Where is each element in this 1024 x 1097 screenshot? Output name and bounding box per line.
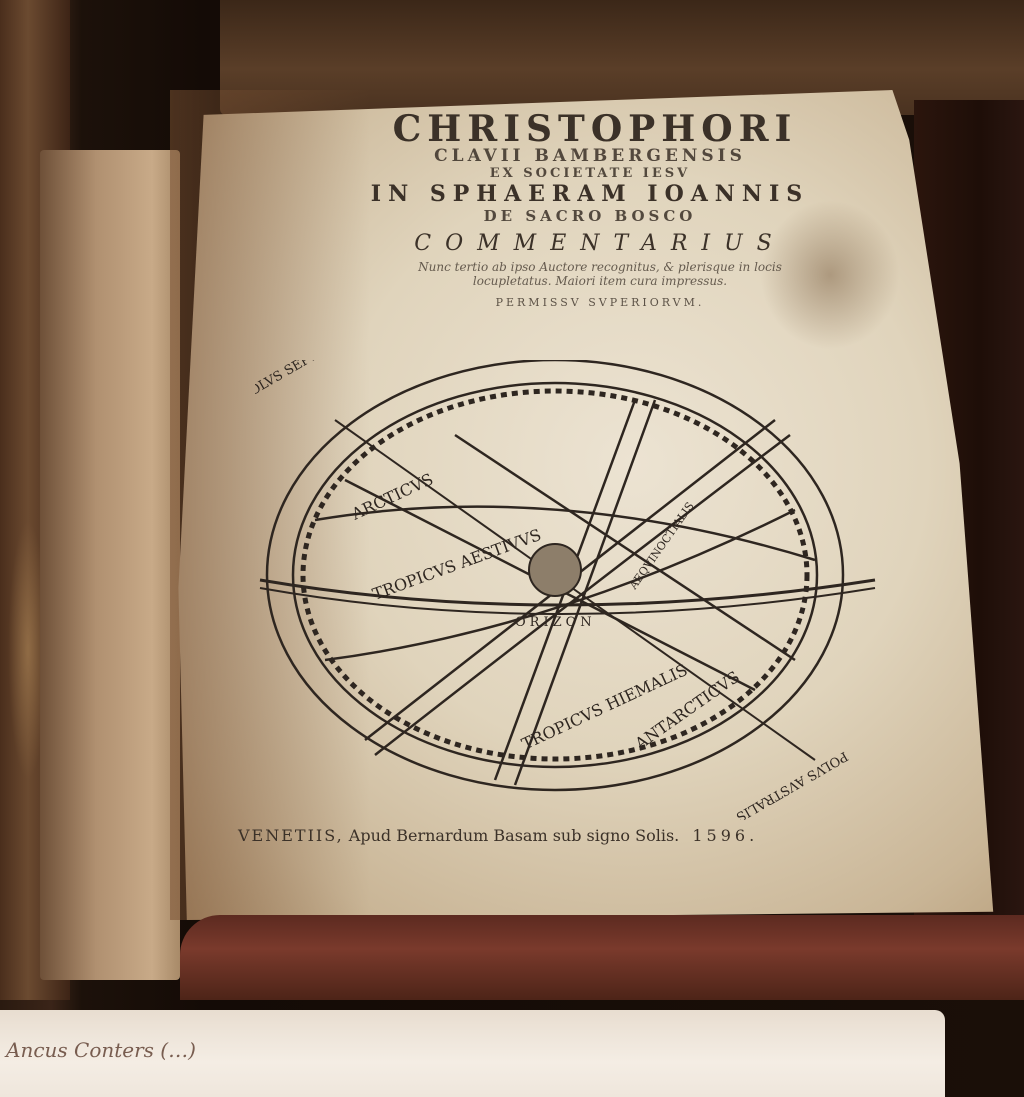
imprint-publisher: Apud Bernardum Basam sub signo Solis. (349, 826, 679, 845)
photo-scene: CHRISTOPHORI CLAVII BAMBERGENSIS EX SOCI… (0, 0, 1024, 1097)
imprint-city: VENETIIS, (238, 826, 344, 845)
title-work: IN SPHAERAM IOANNIS (270, 181, 910, 207)
handwritten-note: Ancus Conters (…) (6, 1038, 196, 1062)
svg-text:POLVS SEPT.: POLVS SEPT. (255, 360, 322, 403)
title-edition-note-1: Nunc tertio ab ipso Auctore recognitus, … (290, 260, 910, 274)
svg-text:AEQVINOCTIALIS: AEQVINOCTIALIS (626, 500, 696, 593)
imprint-line: VENETIIS, Apud Bernardum Basam sub signo… (238, 826, 758, 845)
facing-page (40, 150, 180, 980)
title-text-block: CHRISTOPHORI CLAVII BAMBERGENSIS EX SOCI… (230, 108, 910, 309)
title-author-origin: CLAVII BAMBERGENSIS (270, 146, 910, 166)
title-work-author: DE SACRO BOSCO (270, 207, 910, 225)
title-commentary: COMMENTARIUS (290, 231, 910, 256)
title-permission: PERMISSV SVPERIORVM. (290, 296, 910, 309)
title-author: CHRISTOPHORI (280, 108, 910, 150)
red-page-edges (180, 915, 1024, 1000)
handwritten-note-paper: Ancus Conters (…) (0, 1010, 945, 1097)
svg-text:ORIZON: ORIZON (515, 615, 596, 630)
title-society: EX SOCIETATE IESV (270, 166, 910, 181)
svg-text:POLVS AVSTRALIS: POLVS AVSTRALIS (733, 748, 850, 820)
imprint-year: 1596. (692, 826, 758, 845)
svg-text:ARCTICVS: ARCTICVS (348, 469, 436, 524)
armillary-sphere-woodcut: ARCTICVS TROPICVS AESTIVVS TROPICVS HIEM… (255, 360, 885, 820)
title-edition-note-2: locupletatus. Maiori item cura impressus… (290, 274, 910, 288)
